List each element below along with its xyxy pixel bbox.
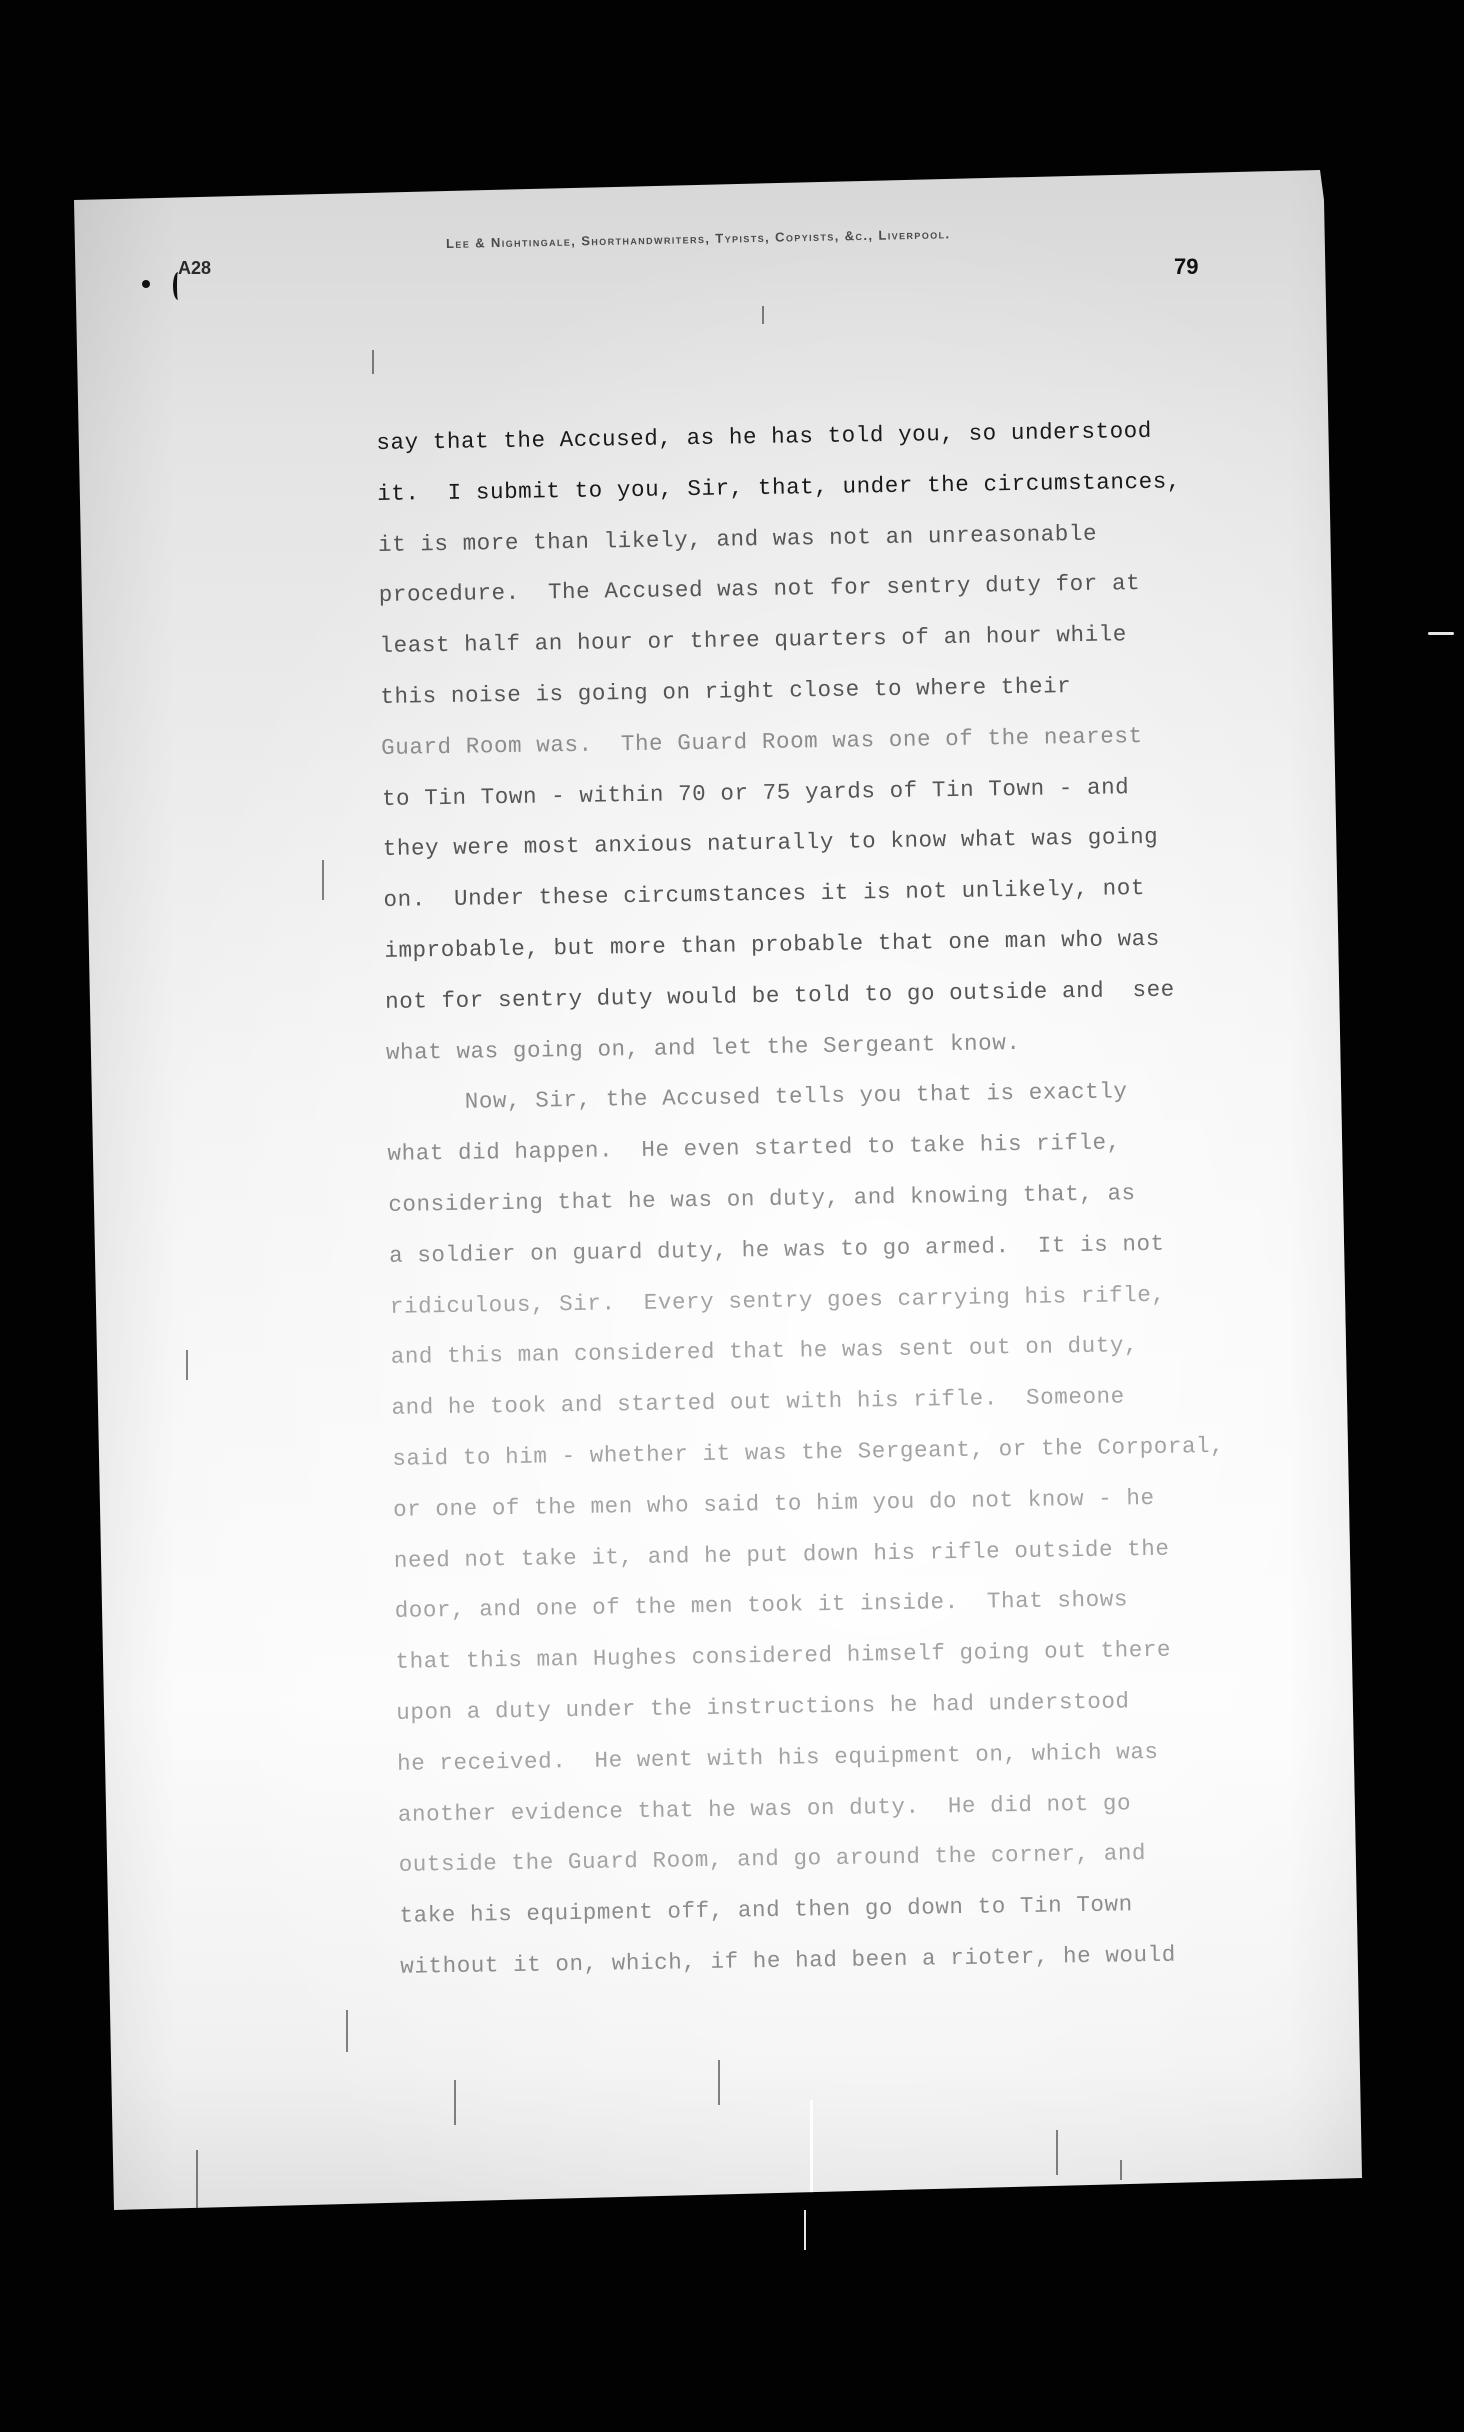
film-scratch (1428, 632, 1454, 635)
letterhead: Lee & Nightingale, Shorthandwriters, Typ… (446, 226, 951, 251)
page-number: 79 (1174, 254, 1198, 280)
typewritten-page: A28 Lee & Nightingale, Shorthandwriters,… (0, 0, 1464, 2432)
film-scratch (1056, 2130, 1058, 2175)
film-scratch (804, 2210, 806, 2250)
margin-dot-mark (142, 280, 150, 288)
film-scratch (1120, 2160, 1122, 2180)
reference-number: A28 (178, 258, 211, 279)
film-scratch (322, 860, 324, 900)
film-scratch (196, 2150, 198, 2210)
film-scratch (454, 2080, 456, 2125)
film-scratch (186, 1350, 188, 1380)
film-scratch (346, 2010, 348, 2052)
film-scratch (372, 350, 374, 374)
film-scratch (762, 306, 764, 324)
document-body: say that the Accused, as he has told you… (376, 403, 1361, 1993)
film-scratch (718, 2060, 720, 2105)
